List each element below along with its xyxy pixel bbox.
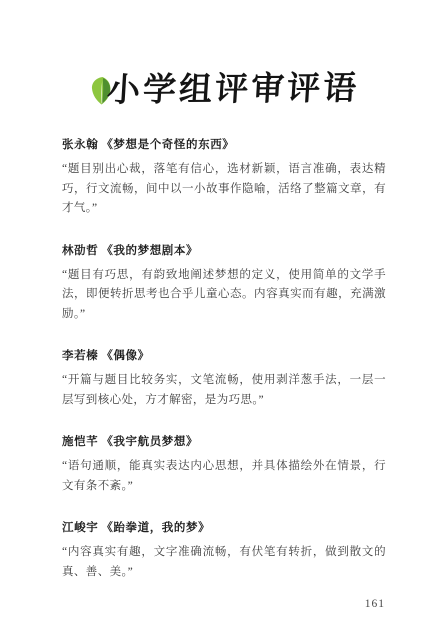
review-entry-list: 张永翰《梦想是个奇怪的东西》 “题目别出心裁，落笔有信心，选材新颖，语言准确，表… — [62, 138, 386, 607]
document-page: { "header": { "title": "小学组评审评语", "icon"… — [0, 0, 448, 640]
entry-work-title: 《偶像》 — [101, 350, 149, 362]
entry-heading: 张永翰《梦想是个奇怪的东西》 — [62, 138, 386, 152]
entry-author: 林劭哲 — [62, 245, 98, 257]
entry-comment: “题目别出心裁，落笔有信心，选材新颖，语言准确，表达精巧，行文流畅，间中以一小故… — [62, 160, 386, 219]
entry-work-title: 《梦想是个奇怪的东西》 — [101, 139, 234, 151]
review-entry: 江峻宇《跆拳道，我的梦》 “内容真实有趣，文字准确流畅，有伏笔有转折，做到散文的… — [62, 521, 386, 582]
review-entry: 施恺芊《我宇航员梦想》 “语句通顺，能真实表达内心思想，并具体描绘外在情景，行文… — [62, 435, 386, 496]
page-title: 小学组评审评语 — [105, 67, 360, 113]
entry-heading: 江峻宇《跆拳道，我的梦》 — [62, 521, 386, 535]
title-row: 小学组评审评语 — [0, 68, 448, 112]
entry-heading: 施恺芊《我宇航员梦想》 — [62, 435, 386, 449]
entry-author: 江峻宇 — [62, 522, 98, 534]
review-entry: 李若榛《偶像》 “开篇与题目比较务实，文笔流畅，使用剥洋葱手法，一层一层写到核心… — [62, 349, 386, 410]
entry-author: 施恺芊 — [62, 436, 98, 448]
entry-heading: 李若榛《偶像》 — [62, 349, 386, 363]
entry-comment: “题目有巧思，有韵致地阐述梦想的定义，使用简单的文学手法，即便转折思考也合乎儿童… — [62, 266, 386, 325]
entry-comment: “开篇与题目比较务实，文笔流畅，使用剥洋葱手法，一层一层写到核心处，方才解密，是… — [62, 371, 386, 410]
entry-work-title: 《跆拳道，我的梦》 — [101, 522, 210, 534]
entry-comment: “内容真实有趣，文字准确流畅，有伏笔有转折，做到散文的真、善、美。” — [62, 543, 386, 582]
entry-author: 李若榛 — [62, 350, 98, 362]
entry-work-title: 《我的梦想剧本》 — [101, 245, 198, 257]
entry-author: 张永翰 — [62, 139, 98, 151]
review-entry: 林劭哲《我的梦想剧本》 “题目有巧思，有韵致地阐述梦想的定义，使用简单的文学手法… — [62, 244, 386, 325]
entry-work-title: 《我宇航员梦想》 — [101, 436, 198, 448]
entry-heading: 林劭哲《我的梦想剧本》 — [62, 244, 386, 258]
review-entry: 张永翰《梦想是个奇怪的东西》 “题目别出心裁，落笔有信心，选材新颖，语言准确，表… — [62, 138, 386, 219]
page-number: 161 — [365, 598, 385, 610]
entry-comment: “语句通顺，能真实表达内心思想，并具体描绘外在情景，行文有条不紊。” — [62, 457, 386, 496]
